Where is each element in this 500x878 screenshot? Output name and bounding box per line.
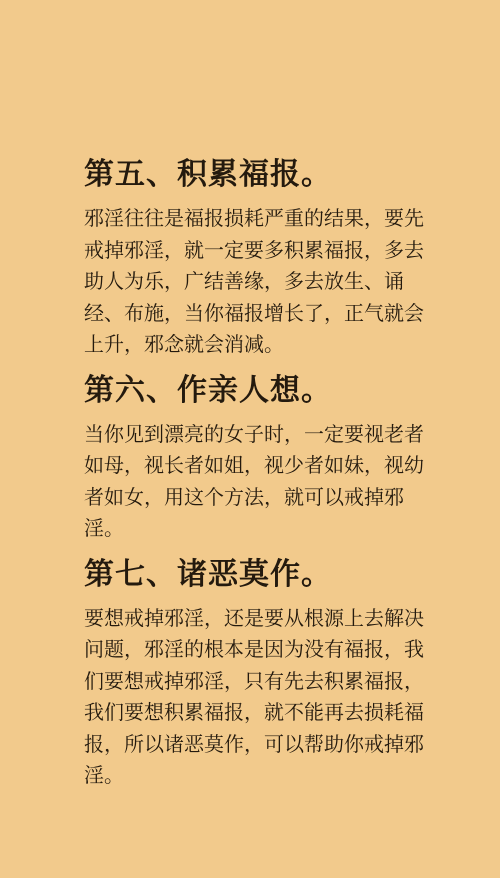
section-five: 第五、积累福报。 邪淫往往是福报损耗严重的结果，要先戒掉邪淫，就一定要多积累福报… bbox=[84, 155, 424, 362]
section-six-heading: 第六、作亲人想。 bbox=[84, 371, 424, 411]
poster-canvas: 第五、积累福报。 邪淫往往是福报损耗严重的结果，要先戒掉邪淫，就一定要多积累福报… bbox=[0, 0, 500, 878]
section-seven-body: 要想戒掉邪淫，还是要从根源上去解决问题，邪淫的根本是因为没有福报，我们要想戒掉邪… bbox=[84, 604, 424, 793]
text-content: 第五、积累福报。 邪淫往往是福报损耗严重的结果，要先戒掉邪淫，就一定要多积累福报… bbox=[0, 0, 500, 793]
section-six-body: 当你见到漂亮的女子时，一定要视老者如母，视长者如姐，视少者如妹，视幼者如女，用这… bbox=[84, 420, 424, 546]
section-five-heading: 第五、积累福报。 bbox=[84, 155, 424, 195]
section-six: 第六、作亲人想。 当你见到漂亮的女子时，一定要视老者如母，视长者如姐，视少者如妹… bbox=[84, 371, 424, 546]
section-seven: 第七、诸恶莫作。 要想戒掉邪淫，还是要从根源上去解决问题，邪淫的根本是因为没有福… bbox=[84, 555, 424, 793]
section-five-body: 邪淫往往是福报损耗严重的结果，要先戒掉邪淫，就一定要多积累福报，多去助人为乐，广… bbox=[84, 204, 424, 362]
section-seven-heading: 第七、诸恶莫作。 bbox=[84, 555, 424, 595]
